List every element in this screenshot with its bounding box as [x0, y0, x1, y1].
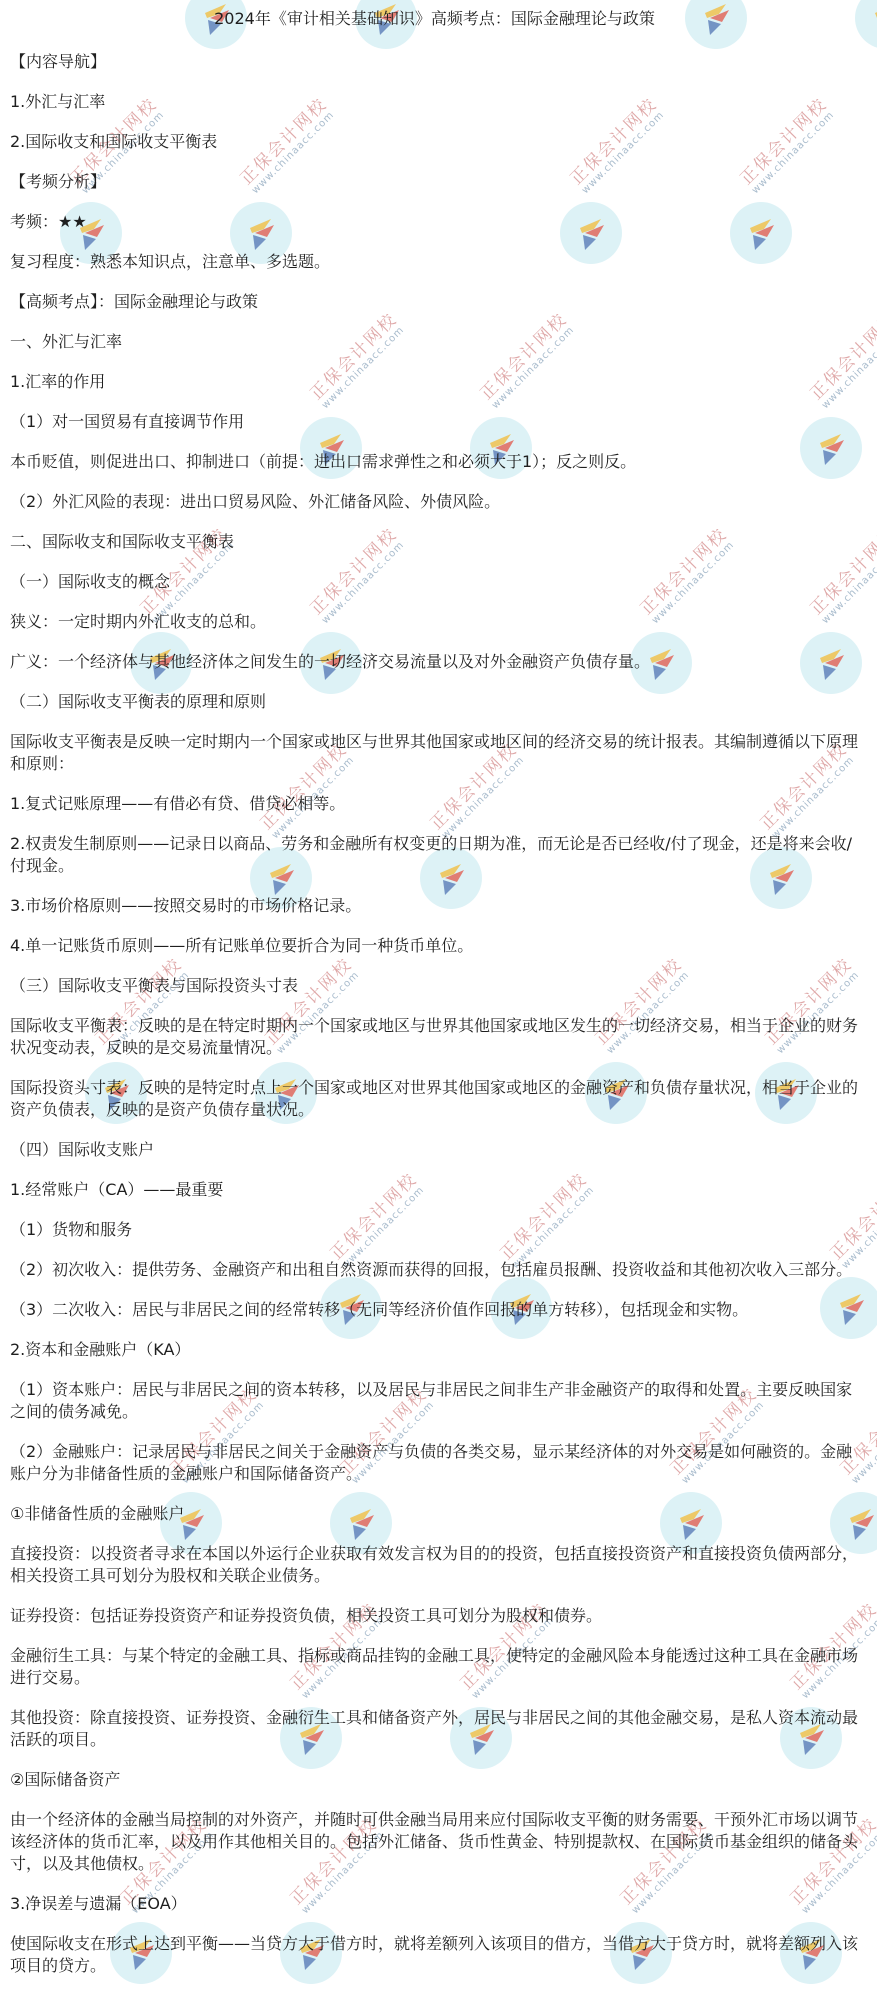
paragraph: 考频：★★: [10, 211, 859, 233]
paragraph: （2）金融账户：记录居民与非居民之间关于金融资产与负债的各类交易，显示某经济体的…: [10, 1441, 859, 1485]
paragraph: 复习程度：熟悉本知识点，注意单、多选题。: [10, 251, 859, 273]
paragraph: （四）国际收支账户: [10, 1139, 859, 1161]
paragraph: 金融衍生工具：与某个特定的金融工具、指标或商品挂钩的金融工具，使特定的金融风险本…: [10, 1645, 859, 1689]
paragraph: （一）国际收支的概念: [10, 571, 859, 593]
document-content: 2024年《审计相关基础知识》高频考点：国际金融理论与政策 【内容导航】1.外汇…: [0, 0, 877, 1977]
paragraph: 3.净误差与遗漏（EOA）: [10, 1893, 859, 1915]
paragraph: 证券投资：包括证券投资资产和证券投资负债，相关投资工具可划分为股权和债券。: [10, 1605, 859, 1627]
paragraph: 1.经常账户（CA）——最重要: [10, 1179, 859, 1201]
paragraph: （三）国际收支平衡表与国际投资头寸表: [10, 975, 859, 997]
paragraph: 【高频考点】：国际金融理论与政策: [10, 291, 859, 313]
paragraph: 狭义：一定时期内外汇收支的总和。: [10, 611, 859, 633]
paragraph: 其他投资：除直接投资、证券投资、金融衍生工具和储备资产外，居民与非居民之间的其他…: [10, 1707, 859, 1751]
paragraph: ①非储备性质的金融账户: [10, 1503, 859, 1525]
document-body: 【内容导航】1.外汇与汇率2.国际收支和国际收支平衡表【考频分析】考频：★★复习…: [10, 51, 859, 1977]
page-title: 2024年《审计相关基础知识》高频考点：国际金融理论与政策: [10, 8, 859, 30]
paragraph: 二、国际收支和国际收支平衡表: [10, 531, 859, 553]
paragraph: （1）资本账户：居民与非居民之间的资本转移，以及居民与非居民之间非生产非金融资产…: [10, 1379, 859, 1423]
paragraph: 本币贬值，则促进出口、抑制进口（前提：进出口需求弹性之和必须大于1）；反之则反。: [10, 451, 859, 473]
paragraph: 一、外汇与汇率: [10, 331, 859, 353]
paragraph: （1）对一国贸易有直接调节作用: [10, 411, 859, 433]
paragraph: 国际收支平衡表：反映的是在特定时期内一个国家或地区与世界其他国家或地区发生的一切…: [10, 1015, 859, 1059]
paragraph: 国际收支平衡表是反映一定时期内一个国家或地区与世界其他国家或地区间的经济交易的统…: [10, 731, 859, 775]
paragraph: 2.资本和金融账户（KA）: [10, 1339, 859, 1361]
paragraph: 由一个经济体的金融当局控制的对外资产，并随时可供金融当局用来应付国际收支平衡的财…: [10, 1809, 859, 1875]
paragraph: 国际投资头寸表：反映的是特定时点上一个国家或地区对世界其他国家或地区的金融资产和…: [10, 1077, 859, 1121]
paragraph: （2）外汇风险的表现：进出口贸易风险、外汇储备风险、外债风险。: [10, 491, 859, 513]
paragraph: （2）初次收入：提供劳务、金融资产和出租自然资源而获得的回报，包括雇员报酬、投资…: [10, 1259, 859, 1281]
paragraph: ②国际储备资产: [10, 1769, 859, 1791]
paragraph: （二）国际收支平衡表的原理和原则: [10, 691, 859, 713]
paragraph: 广义：一个经济体与其他经济体之间发生的一切经济交易流量以及对外金融资产负债存量。: [10, 651, 859, 673]
paragraph: （3）二次收入：居民与非居民之间的经常转移（无同等经济价值作回报的单方转移），包…: [10, 1299, 859, 1321]
paragraph: 4.单一记账货币原则——所有记账单位要折合为同一种货币单位。: [10, 935, 859, 957]
paragraph: 【考频分析】: [10, 171, 859, 193]
paragraph: 1.复式记账原理——有借必有贷、借贷必相等。: [10, 793, 859, 815]
paragraph: 2.权责发生制原则——记录日以商品、劳务和金融所有权变更的日期为准，而无论是否已…: [10, 833, 859, 877]
paragraph: 1.外汇与汇率: [10, 91, 859, 113]
paragraph: 3.市场价格原则——按照交易时的市场价格记录。: [10, 895, 859, 917]
paragraph: （1）货物和服务: [10, 1219, 859, 1241]
paragraph: 使国际收支在形式上达到平衡——当贷方大于借方时，就将差额列入该项目的借方，当借方…: [10, 1933, 859, 1977]
paragraph: 2.国际收支和国际收支平衡表: [10, 131, 859, 153]
paragraph: 【内容导航】: [10, 51, 859, 73]
paragraph: 直接投资：以投资者寻求在本国以外运行企业获取有效发言权为目的的投资，包括直接投资…: [10, 1543, 859, 1587]
document-page: 正保会计网校www.chinaacc.com正保会计网校www.chinaacc…: [0, 0, 877, 2015]
paragraph: 1.汇率的作用: [10, 371, 859, 393]
